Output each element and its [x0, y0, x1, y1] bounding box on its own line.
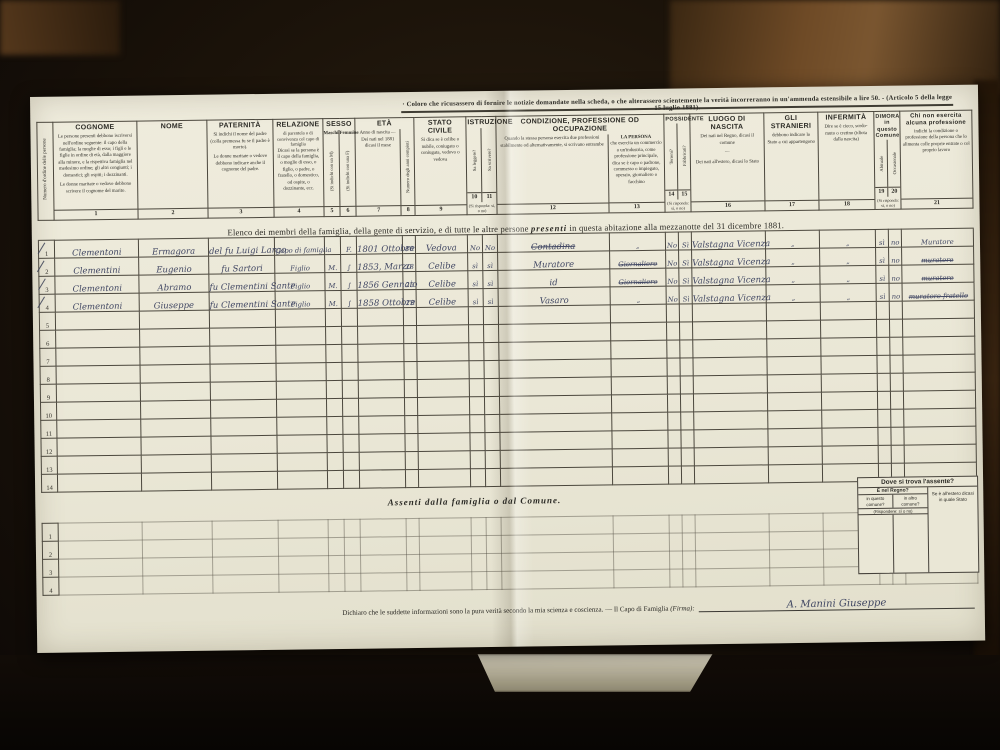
cell-relazione	[279, 574, 329, 593]
cell-terreni	[670, 569, 683, 587]
cell-nome	[140, 400, 210, 419]
absent-table-body: 1234	[42, 511, 978, 595]
cell-n: 6	[40, 330, 56, 348]
cell-occasionale: no	[889, 283, 902, 301]
legal-notice: · Coloro che ricusassero di fornire le n…	[401, 91, 953, 113]
cell-luogo	[692, 303, 766, 322]
cell-chi	[904, 444, 976, 463]
col-ordine: Numero d'ordine delle persone	[37, 122, 54, 220]
cell-relazione	[277, 453, 327, 472]
cell-scrive: sì	[483, 252, 498, 270]
cell-nome	[143, 557, 213, 576]
cell-terreni: No	[665, 232, 678, 250]
cell-anni	[405, 451, 418, 469]
cell-nascita: 1801 Ottobre	[356, 236, 402, 255]
cell-n: 3	[43, 559, 59, 577]
cell-luogo: Valstagna Vicenza	[692, 249, 766, 268]
cell-legge	[470, 451, 485, 469]
cell-stato	[418, 451, 470, 470]
cell-nascita	[361, 573, 407, 592]
cell-terreni	[667, 322, 680, 340]
cell-nascita	[359, 416, 405, 435]
cell-relazione	[276, 399, 326, 418]
cell-abituale	[878, 445, 891, 463]
cell-nascita	[358, 326, 404, 345]
cell-abituale	[877, 373, 890, 391]
cell-condizione	[499, 341, 611, 360]
cell-m	[328, 519, 344, 537]
signature: A. Manini Giuseppe	[787, 598, 887, 610]
cell-occasionale	[891, 427, 904, 445]
cell-terreni	[667, 358, 680, 376]
col-sa-scrivere: Sa scrivere? 11	[480, 128, 496, 202]
cell-stranieri	[768, 464, 822, 483]
cell-nome	[141, 454, 211, 473]
cell-f	[342, 380, 358, 398]
cell-paternita	[211, 471, 277, 490]
cell-terreni	[669, 533, 682, 551]
cell-m	[326, 380, 342, 398]
cell-occasionale	[890, 373, 903, 391]
cell-cognome: Clementini	[55, 257, 139, 276]
cell-stranieri	[767, 338, 821, 357]
cell-fabbricati	[681, 466, 694, 484]
cell-stranieri	[767, 392, 821, 411]
cell-f: ∫	[341, 254, 357, 272]
cell-m	[326, 398, 342, 416]
cell-stranieri	[769, 531, 823, 550]
col-ordine-label: Numero d'ordine delle persone	[42, 123, 48, 215]
cell-infermita: „	[819, 229, 875, 248]
cell-stranieri: „	[766, 248, 820, 267]
cell-fabbricati	[680, 394, 693, 412]
cell-condizione	[499, 359, 611, 378]
cell-abituale	[878, 409, 891, 427]
cell-persona: „	[610, 286, 666, 305]
cell-luogo	[694, 447, 768, 466]
cell-scrive	[483, 306, 498, 324]
cell-cognome	[57, 473, 141, 492]
cell-nome	[141, 472, 211, 491]
cell-stranieri	[767, 374, 821, 393]
cell-luogo: Valstagna Vicenza	[691, 231, 765, 250]
cell-scrive	[486, 517, 501, 535]
cell-terreni	[667, 394, 680, 412]
cell-stranieri	[766, 302, 820, 321]
cell-condizione	[500, 431, 612, 450]
cell-nascita	[358, 362, 404, 381]
cell-terreni	[667, 376, 680, 394]
cell-persona	[614, 551, 670, 570]
cell-anni	[405, 415, 418, 433]
cell-infermita: „	[820, 247, 876, 266]
cell-persona	[610, 304, 666, 323]
cell-legge	[470, 433, 485, 451]
cell-nome	[142, 539, 212, 558]
cell-persona	[612, 412, 668, 431]
cell-terreni	[668, 466, 681, 484]
cell-legge	[470, 415, 485, 433]
cell-abituale	[877, 319, 890, 337]
cell-occasionale	[889, 301, 902, 319]
cell-infermita	[822, 409, 878, 428]
cell-nascita	[360, 519, 406, 538]
cell-paternita	[212, 538, 278, 557]
wood-surface-top-right	[670, 0, 1000, 95]
col-maschi: Maschi (Si indichi con un M) 5	[323, 130, 339, 216]
cell-cognome: Clementoni	[54, 239, 138, 258]
cell-luogo: Valstagna Vicenza	[692, 285, 766, 304]
cell-nascita	[358, 380, 404, 399]
cell-relazione	[278, 520, 328, 539]
cell-f	[343, 452, 359, 470]
cell-luogo	[695, 514, 769, 533]
cell-stato: Celibe	[416, 289, 468, 308]
cell-nome: Giuseppe	[139, 292, 209, 311]
cell-nome: Abramo	[139, 274, 209, 293]
cell-f: ∫	[341, 272, 357, 290]
cell-persona: Giornaliero	[610, 268, 666, 287]
cell-chi	[903, 354, 975, 373]
cell-persona	[612, 466, 668, 485]
cell-anni	[403, 307, 416, 325]
cell-stranieri	[767, 356, 821, 375]
cell-chi: muratore fratello	[902, 282, 974, 301]
col-sesso: SESSO Maschi (Si indichi con un M) 5 Fem…	[323, 118, 356, 216]
cell-persona	[611, 340, 667, 359]
cell-relazione	[276, 363, 326, 382]
cell-cognome	[55, 311, 139, 330]
col-stato-civile: STATO CIVILE Si dica se è celibe o nubil…	[414, 117, 467, 216]
cell-fabbricati	[679, 304, 692, 322]
cell-anni	[405, 433, 418, 451]
cell-fabbricati	[680, 340, 693, 358]
cell-anni: 23	[403, 289, 416, 307]
cell-infermita	[822, 445, 878, 464]
cell-terreni	[669, 551, 682, 569]
cell-nome	[140, 382, 210, 401]
cell-nome	[143, 575, 213, 594]
cell-legge	[470, 469, 485, 487]
cell-condizione	[498, 305, 610, 324]
cell-n: 13	[41, 456, 57, 474]
col-fabbricati: Fabbricati? 15	[676, 124, 690, 200]
cell-cognome	[56, 329, 140, 348]
cell-stranieri	[767, 320, 821, 339]
cell-persona	[611, 376, 667, 395]
col-chi-non-esercita: Chi non esercita alcuna professione indi…	[900, 110, 973, 209]
cell-stato	[418, 415, 470, 434]
cell-paternita	[212, 520, 278, 539]
cell-scrive	[486, 535, 501, 553]
cell-luogo	[693, 357, 767, 376]
cell-luogo	[693, 321, 767, 340]
cell-infermita	[820, 301, 876, 320]
cell-stranieri	[770, 567, 824, 586]
cell-n: 4	[39, 294, 55, 312]
cell-fabbricati	[680, 358, 693, 376]
cell-scrive: sì	[483, 270, 498, 288]
paper-bottom-flap	[470, 654, 720, 692]
cell-stato	[419, 536, 471, 555]
family-table-body: Elenco dei membri della famiglia, della …	[38, 208, 977, 492]
cell-anni	[405, 469, 418, 487]
cell-f	[341, 308, 357, 326]
cell-paternita: fu Sartori	[209, 255, 275, 274]
cell-persona	[612, 430, 668, 449]
cell-persona: Giornaliero	[610, 250, 666, 269]
cell-scrive	[485, 432, 500, 450]
cell-anni	[407, 572, 420, 590]
cell-luogo	[694, 429, 768, 448]
cell-legge: sì	[468, 289, 483, 307]
cell-condizione: Vasaro	[498, 287, 610, 306]
col-la-persona: LA PERSONA che esercita un commercio o u…	[607, 134, 664, 213]
cell-abituale	[876, 301, 889, 319]
cell-legge	[469, 325, 484, 343]
cell-fabbricati: Sì	[679, 250, 692, 268]
cell-condizione: id	[498, 269, 610, 288]
cell-legge	[469, 343, 484, 361]
cell-condizione	[499, 395, 611, 414]
cell-chi	[903, 390, 975, 409]
cell-stato: Celibe	[416, 271, 468, 290]
cell-condizione	[502, 570, 614, 589]
cell-condizione	[499, 323, 611, 342]
cell-f	[344, 519, 360, 537]
cell-paternita	[213, 556, 279, 575]
cell-stranieri	[769, 549, 823, 568]
cell-infermita: „	[820, 265, 876, 284]
cell-m	[327, 470, 343, 488]
cell-occasionale	[890, 391, 903, 409]
cell-terreni	[666, 304, 679, 322]
cell-scrive	[484, 324, 499, 342]
cell-m: M.	[325, 272, 341, 290]
cell-anni: 25	[403, 271, 416, 289]
cell-terreni	[669, 515, 682, 533]
cell-n: 1	[42, 523, 58, 541]
cell-nascita	[359, 452, 405, 471]
col-cognome: COGNOME Le persone presenti debbono iscr…	[53, 121, 138, 220]
cell-relazione	[277, 417, 327, 436]
cell-fabbricati	[683, 569, 696, 587]
cell-anni	[406, 536, 419, 554]
cell-cognome	[58, 522, 142, 541]
cell-cognome: Clementoni	[55, 275, 139, 294]
cell-cognome	[59, 558, 143, 577]
cell-n: 4	[43, 577, 59, 595]
cell-legge	[469, 361, 484, 379]
col-paternita: PATERNITÀ Si indichi il nome del padre (…	[207, 119, 274, 218]
cell-chi: muratore	[902, 264, 974, 283]
census-sheet: · Coloro che ricusassero di fornire le n…	[30, 85, 985, 653]
cell-condizione: Contadina	[497, 233, 609, 252]
photo-of-census-sheet: { "notice": "· Coloro che ricusassero di…	[0, 0, 1000, 750]
declaration-text: Dichiaro che le suddette informazioni so…	[342, 604, 694, 617]
cell-condizione	[500, 467, 612, 486]
cell-fabbricati	[680, 376, 693, 394]
cell-scrive	[484, 396, 499, 414]
col-femmine: Femmine (Si indichi con una F) 6	[338, 130, 355, 216]
cell-legge	[471, 536, 486, 554]
cell-luogo	[694, 411, 768, 430]
cell-occasionale	[891, 445, 904, 463]
cell-stato	[416, 307, 468, 326]
cell-stranieri: „	[765, 230, 819, 249]
cell-cognome	[58, 540, 142, 559]
cell-stato: Celibe	[416, 253, 468, 272]
cell-fabbricati	[681, 412, 694, 430]
cell-anni: 28	[403, 253, 416, 271]
cell-anni	[404, 343, 417, 361]
dove-si-trova-box: Dove si trova l'assente? È nel Regno? in…	[857, 476, 979, 575]
cell-condizione	[500, 449, 612, 468]
cell-n: 2	[42, 541, 58, 559]
cell-cognome: Clementoni	[55, 293, 139, 312]
census-table: Numero d'ordine delle persone COGNOME Le…	[36, 110, 977, 493]
cell-luogo	[696, 568, 770, 587]
col-possidente: POSSIDENTE Terreni? 14 Fabbricati? 15 (S…	[664, 114, 691, 212]
cell-persona	[611, 394, 667, 413]
cell-m: M.	[325, 290, 341, 308]
cell-legge: No	[467, 235, 482, 253]
cell-abituale: sì	[875, 229, 888, 247]
cell-chi	[904, 408, 976, 427]
cell-infermita: „	[820, 283, 876, 302]
cell-f	[345, 573, 361, 591]
cell-m	[329, 555, 345, 573]
cell-fabbricati	[682, 551, 695, 569]
cell-anni	[404, 397, 417, 415]
cell-fabbricati	[681, 430, 694, 448]
cell-paternita	[209, 309, 275, 328]
cell-n: 8	[40, 366, 56, 384]
cell-relazione	[278, 538, 328, 557]
col-dimora-abituale: Abituale 19	[875, 140, 888, 197]
cell-condizione: Muratore	[498, 251, 610, 270]
cell-nome	[142, 521, 212, 540]
cell-stato	[419, 518, 471, 537]
cell-relazione: Capo di famiglia	[274, 237, 324, 256]
col-terreni: Terreni? 14	[664, 124, 677, 200]
cell-terreni	[668, 448, 681, 466]
cell-occasionale: no	[889, 265, 902, 283]
cell-occasionale	[890, 355, 903, 373]
col-dimora-occasionale: Occasionale 20	[887, 140, 901, 197]
cell-chi: muratore	[902, 246, 974, 265]
cell-stato	[418, 433, 470, 452]
cell-fabbricati: Sì	[679, 286, 692, 304]
cell-scrive	[484, 360, 499, 378]
cell-nome	[141, 418, 211, 437]
cell-paternita	[211, 417, 277, 436]
cell-nome: Ermagora	[138, 238, 208, 257]
wood-surface-top-left	[0, 0, 120, 55]
cell-cognome	[56, 401, 140, 420]
cell-paternita	[210, 327, 276, 346]
cell-stranieri	[768, 428, 822, 447]
cell-m	[325, 308, 341, 326]
cell-abituale	[877, 355, 890, 373]
col-stranieri: GLI STRANIERI debbono indicare lo Stato …	[764, 112, 819, 211]
dove-q-altro-comune: in altro comune?	[892, 494, 927, 507]
declaration-line: Dichiaro che le suddette informazioni so…	[342, 598, 975, 617]
cell-abituale	[878, 427, 891, 445]
cell-scrive	[485, 414, 500, 432]
cell-n: 10	[40, 402, 56, 420]
cell-fabbricati	[680, 322, 693, 340]
cell-m	[327, 452, 343, 470]
cell-luogo	[694, 393, 768, 412]
cell-m	[327, 416, 343, 434]
cell-fabbricati	[681, 448, 694, 466]
cell-infermita	[821, 391, 877, 410]
cell-condizione	[500, 413, 612, 432]
dove-estero-label: Se è all'estero dicasi in quale Stato	[928, 487, 977, 508]
col-dimora: DIMORA in questo Comune Abituale 19 Occa…	[874, 111, 901, 209]
cell-infermita	[821, 373, 877, 392]
cell-nome	[139, 310, 209, 329]
cell-terreni	[667, 340, 680, 358]
col-condizione-professione: CONDIZIONE, PROFESSIONE OD OCCUPAZIONE Q…	[496, 114, 665, 214]
cell-stato	[417, 397, 469, 416]
cell-condizione	[501, 534, 613, 553]
col-anno-nascita: Anno di nascita — Dei nati nel 1881 dica…	[355, 129, 401, 216]
cell-nome	[141, 436, 211, 455]
cell-f: F.	[340, 236, 356, 254]
cell-anni	[404, 325, 417, 343]
cell-f	[342, 344, 358, 362]
cell-abituale: sì	[876, 283, 889, 301]
cell-persona	[611, 322, 667, 341]
cell-luogo	[694, 465, 768, 484]
cell-terreni: No	[666, 268, 679, 286]
cell-n: 14	[41, 474, 57, 492]
cell-n: 11	[41, 420, 57, 438]
cell-legge	[469, 397, 484, 415]
cell-cognome	[57, 419, 141, 438]
cell-paternita	[211, 453, 277, 472]
cell-infermita	[821, 319, 877, 338]
cell-stranieri: „	[766, 266, 820, 285]
cell-terreni: No	[666, 286, 679, 304]
col-istruzione: ISTRUZIONE Sa leggere? 10 Sa scrivere? 1…	[466, 116, 497, 214]
cell-nome: Eugenio	[139, 256, 209, 275]
cell-f	[345, 555, 361, 573]
cell-nascita: 1858 Ottobre	[357, 290, 403, 309]
cell-m	[326, 326, 342, 344]
cell-m: M.	[325, 254, 341, 272]
cell-relazione	[276, 381, 326, 400]
cell-abituale: sì	[876, 247, 889, 265]
cell-n: 9	[40, 384, 56, 402]
cell-persona: „	[609, 232, 665, 251]
cell-relazione	[275, 309, 325, 328]
cell-infermita	[821, 355, 877, 374]
cell-legge	[472, 572, 487, 590]
col-sa-leggere: Sa leggere? 10	[466, 128, 481, 202]
cell-relazione	[276, 327, 326, 346]
cell-terreni: No	[666, 250, 679, 268]
cell-f	[342, 326, 358, 344]
cell-nascita: 1853, Marzo	[357, 254, 403, 273]
cell-chi	[902, 300, 974, 319]
cell-nome	[140, 346, 210, 365]
cell-anni: 80	[402, 235, 415, 253]
cell-occasionale	[891, 409, 904, 427]
cell-nascita	[359, 470, 405, 489]
